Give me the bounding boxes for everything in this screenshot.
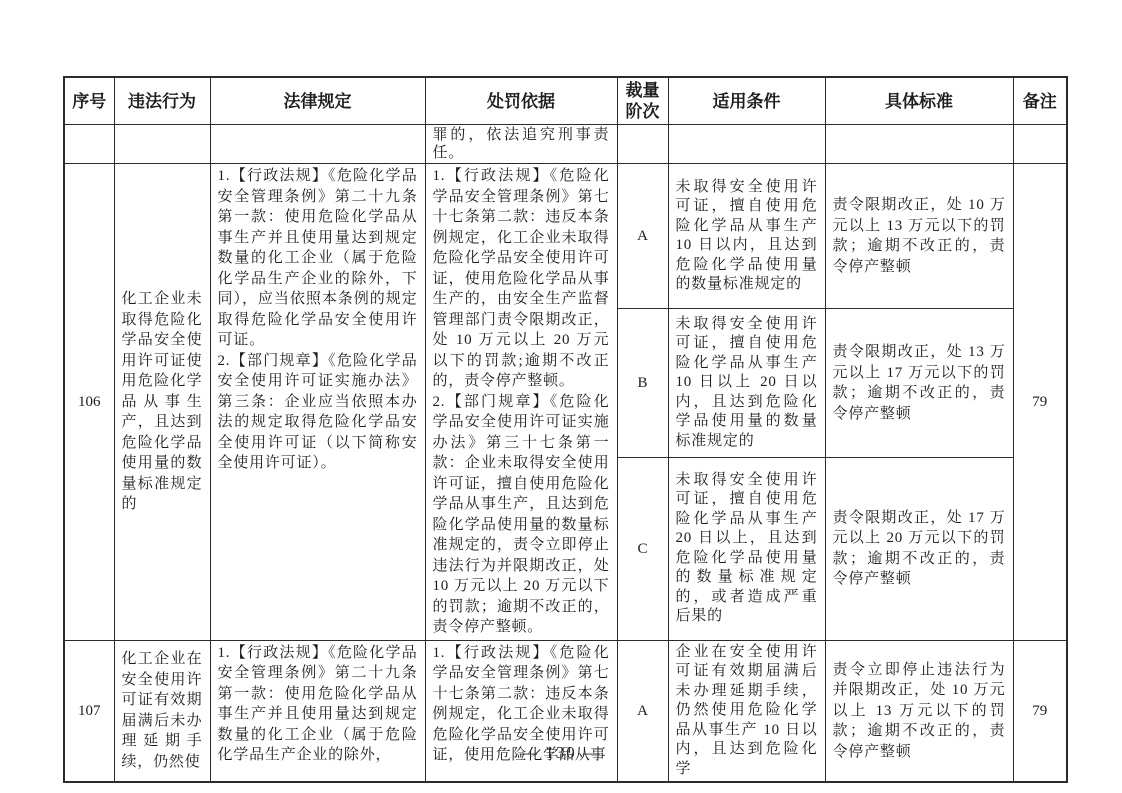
standard-106-a: 责令限期改正，处 10 万元以上 13 万元以下的罚款；逾期不改正的，责令停产整… <box>825 164 1013 309</box>
document-page: 序号 违法行为 法律规定 处罚依据 裁量阶次 适用条件 具体标准 备注 罪的，依… <box>0 0 1122 793</box>
violation-106: 化工企业未取得危险化学品安全使用许可证使用危险化学品从事生产，且达到危险化学品使… <box>114 164 210 641</box>
condition-106-b: 未取得安全使用许可证，擅自使用危险化学品从事生产 10 日以上 20 日以内，且… <box>668 309 825 458</box>
page-number: — 130 — <box>0 743 1122 763</box>
header-discretion-grade: 裁量阶次 <box>617 77 668 125</box>
header-remark: 备注 <box>1013 77 1067 125</box>
grade-106-b: B <box>617 309 668 458</box>
condition-106-a: 未取得安全使用许可证，擅自使用危险化学品从事生产 10 日以内，且达到危险化学品… <box>668 164 825 309</box>
cont-legal-cell <box>210 125 425 164</box>
penalty-basis-106: 1.【行政法规】《危险化学品安全管理条例》第七十七条第二款：违反本条例规定，化工… <box>425 164 617 641</box>
grade-106-c: C <box>617 458 668 640</box>
condition-106-c: 未取得安全使用许可证，擅自使用危险化学品从事生产 20 日以上，且达到危险化学品… <box>668 458 825 640</box>
legal-provision-106: 1.【行政法规】《危险化学品安全管理条例》第二十九条第一款：使用危险化学品从事生… <box>210 164 425 641</box>
cont-grade-cell <box>617 125 668 164</box>
cont-serial-cell <box>64 125 114 164</box>
grade-106-a: A <box>617 164 668 309</box>
header-serial-number: 序号 <box>64 77 114 125</box>
cont-condition-cell <box>668 125 825 164</box>
standard-106-c: 责令限期改正，处 17 万元以上 20 万元以下的罚款；逾期不改正的，责令停产整… <box>825 458 1013 640</box>
remark-106: 79 <box>1013 164 1067 641</box>
serial-number-106: 106 <box>64 164 114 641</box>
table-header-row: 序号 违法行为 法律规定 处罚依据 裁量阶次 适用条件 具体标准 备注 <box>64 77 1067 125</box>
header-violation: 违法行为 <box>114 77 210 125</box>
standard-106-b: 责令限期改正，处 13 万元以上 17 万元以下的罚款；逾期不改正的，责令停产整… <box>825 309 1013 458</box>
cont-standard-cell <box>825 125 1013 164</box>
header-legal-provision: 法律规定 <box>210 77 425 125</box>
header-specific-standard: 具体标准 <box>825 77 1013 125</box>
penalty-discretion-table: 序号 违法行为 法律规定 处罚依据 裁量阶次 适用条件 具体标准 备注 罪的，依… <box>63 76 1068 783</box>
header-applicable-condition: 适用条件 <box>668 77 825 125</box>
cont-remark-cell <box>1013 125 1067 164</box>
row-106-grade-a: 106 化工企业未取得危险化学品安全使用许可证使用危险化学品从事生产，且达到危险… <box>64 164 1067 309</box>
cont-penalty-basis-cell: 罪的，依法追究刑事责任。 <box>425 125 617 164</box>
header-penalty-basis: 处罚依据 <box>425 77 617 125</box>
continuation-row: 罪的，依法追究刑事责任。 <box>64 125 1067 164</box>
cont-violation-cell <box>114 125 210 164</box>
